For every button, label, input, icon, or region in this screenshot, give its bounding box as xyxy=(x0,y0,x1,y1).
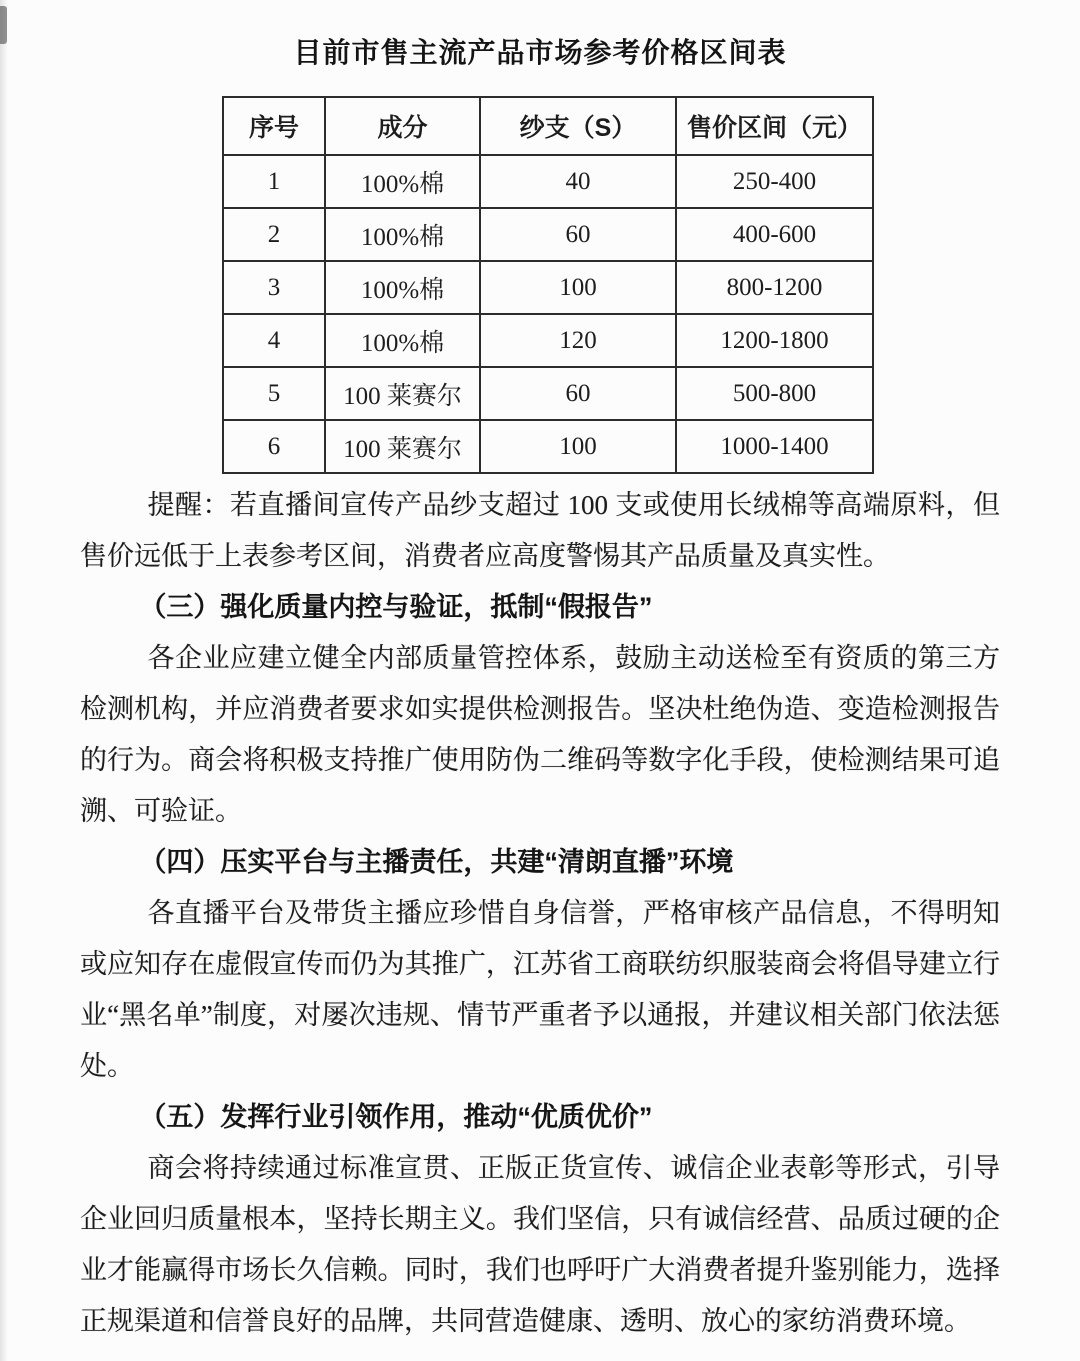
cell-composition: 100%棉 xyxy=(325,208,480,261)
table-row: 3 100%棉 100 800-1200 xyxy=(223,261,873,314)
col-header-yarn-count: 纱支（S） xyxy=(480,97,676,155)
section-industry-leadership: （五）发挥行业引领作用，推动“优质优价” 商会将持续通过标准宣贯、正版正货宣传、… xyxy=(80,1092,1000,1347)
cell-yarn-count: 60 xyxy=(480,208,676,261)
table-header-row: 序号 成分 纱支（S） 售价区间（元） xyxy=(223,97,873,155)
cell-yarn-count: 60 xyxy=(480,367,676,420)
cell-yarn-count: 100 xyxy=(480,261,676,314)
cell-index: 4 xyxy=(223,314,325,367)
document-page: 目前市售主流产品市场参考价格区间表 序号 成分 纱支（S） 售价区间（元） 1 … xyxy=(0,0,1080,1361)
section-heading-3: （三）强化质量内控与验证，抵制“假报告” xyxy=(80,582,1000,633)
cell-price-range: 1200-1800 xyxy=(676,314,873,367)
cell-yarn-count: 100 xyxy=(480,420,676,473)
cell-index: 5 xyxy=(223,367,325,420)
document-body: 提醒：若直播间宣传产品纱支超过 100 支或使用长绒棉等高端原料，但售价远低于上… xyxy=(80,480,1000,1347)
cell-composition: 100%棉 xyxy=(325,261,480,314)
section-heading-4: （四）压实平台与主播责任，共建“清朗直播”环境 xyxy=(80,837,1000,888)
section-platform-responsibility: （四）压实平台与主播责任，共建“清朗直播”环境 各直播平台及带货主播应珍惜自身信… xyxy=(80,837,1000,1092)
cell-index: 1 xyxy=(223,155,325,208)
col-header-price-range: 售价区间（元） xyxy=(676,97,873,155)
section-quality-control: （三）强化质量内控与验证，抵制“假报告” 各企业应建立健全内部质量管控体系，鼓励… xyxy=(80,582,1000,837)
table-row: 2 100%棉 60 400-600 xyxy=(223,208,873,261)
table-row: 1 100%棉 40 250-400 xyxy=(223,155,873,208)
section-paragraph: 各直播平台及带货主播应珍惜自身信誉，严格审核产品信息，不得明知或应知存在虚假宣传… xyxy=(80,888,1000,1092)
cell-index: 2 xyxy=(223,208,325,261)
col-header-composition: 成分 xyxy=(325,97,480,155)
cell-composition: 100%棉 xyxy=(325,314,480,367)
table-title: 目前市售主流产品市场参考价格区间表 xyxy=(80,28,1000,78)
table-row: 4 100%棉 120 1200-1800 xyxy=(223,314,873,367)
cell-composition: 100%棉 xyxy=(325,155,480,208)
scan-edge-artifact xyxy=(0,6,7,44)
cell-price-range: 800-1200 xyxy=(676,261,873,314)
cell-yarn-count: 40 xyxy=(480,155,676,208)
section-heading-5: （五）发挥行业引领作用，推动“优质优价” xyxy=(80,1092,1000,1143)
table-row: 5 100 莱赛尔 60 500-800 xyxy=(223,367,873,420)
cell-index: 3 xyxy=(223,261,325,314)
cell-yarn-count: 120 xyxy=(480,314,676,367)
section-paragraph: 各企业应建立健全内部质量管控体系，鼓励主动送检至有资质的第三方检测机构，并应消费… xyxy=(80,633,1000,837)
cell-price-range: 400-600 xyxy=(676,208,873,261)
col-header-index: 序号 xyxy=(223,97,325,155)
table-row: 6 100 莱赛尔 100 1000-1400 xyxy=(223,420,873,473)
cell-price-range: 250-400 xyxy=(676,155,873,208)
cell-composition: 100 莱赛尔 xyxy=(325,367,480,420)
cell-composition: 100 莱赛尔 xyxy=(325,420,480,473)
cell-price-range: 1000-1400 xyxy=(676,420,873,473)
section-paragraph: 商会将持续通过标准宣贯、正版正货宣传、诚信企业表彰等形式，引导企业回归质量根本，… xyxy=(80,1143,1000,1347)
price-reference-table: 序号 成分 纱支（S） 售价区间（元） 1 100%棉 40 250-400 2… xyxy=(222,96,874,474)
reminder-paragraph: 提醒：若直播间宣传产品纱支超过 100 支或使用长绒棉等高端原料，但售价远低于上… xyxy=(80,480,1000,582)
cell-price-range: 500-800 xyxy=(676,367,873,420)
cell-index: 6 xyxy=(223,420,325,473)
